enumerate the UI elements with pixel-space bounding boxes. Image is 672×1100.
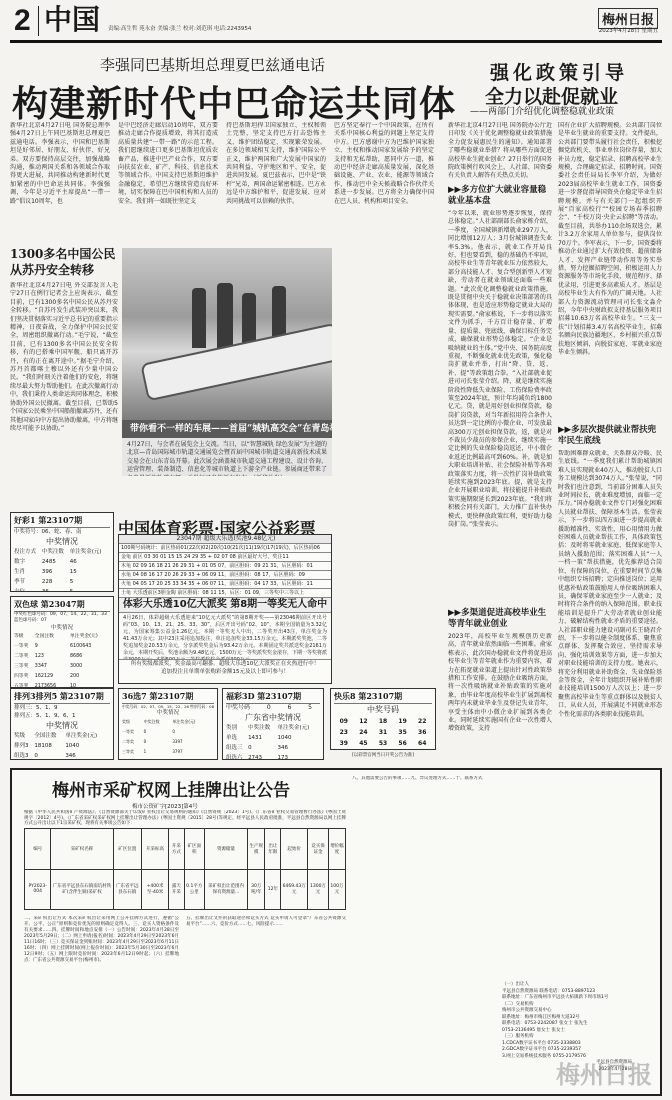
table-row: 组选三0346 [226, 743, 320, 753]
table-row: 二等奖1238686 [14, 652, 110, 662]
notice-text-left: 二、采矿权出让方式 本次采矿权出让采用网上公开挂牌方式进行，遵循“公开、公平、公… [24, 916, 179, 1091]
table-header-row: 编号采矿权名称矿区位置开采标高开采方式矿区面积资源储量生产规模出让年限起始价竞买… [25, 829, 346, 870]
employment-section-3-title: ▶▶多层次提供就业帮扶兜牢民生底线 [558, 425, 662, 447]
employment-title-1: 强化政策引导 [490, 58, 628, 85]
daletou-promo-title: 体彩大乐透10亿大派奖 第8期一等奖无人命中 [119, 598, 331, 613]
mining-rights-notice: 梅州市采矿权网上挂牌出让公告 梅市公资矿字[2023]第4号 根据《中华人民共和… [10, 768, 662, 1096]
header-rule [10, 40, 662, 43]
table-row: 三等奖13797 [122, 747, 214, 757]
daletou-row: 水龟 04 08 16 17 20 26 29 33 + 06 09 11，前区… [119, 571, 331, 580]
draw-number: 6 [288, 704, 292, 712]
employment-body-3: 国有企业扩大招聘规模。公共部门岗位是毕业生就业的重要支持。文件提出，公共部门要带… [558, 122, 662, 422]
fucai3d-title: 福彩3D 第23107期 [226, 691, 320, 704]
section-title: 中国 [44, 4, 100, 36]
sudan-headline-2: 从苏丹安全转移 [10, 262, 118, 278]
kuaile8-numbers: 0912181922 2324313536 3945535664 6574757… [334, 718, 432, 750]
c36x7-subtitle: 中奖情况 [122, 709, 214, 717]
page-number: 2 [14, 6, 31, 36]
news-photo-rail-expo [122, 248, 332, 420]
table-row: 排列3181081040 [14, 741, 110, 751]
issue-date: 2023年4月28日 星期五 [599, 26, 658, 34]
daletou-footer: 所有奖级都派奖，奖金最高可翻番。超级大乐透10亿大派奖正在火热进行中！ 追加投注… [119, 659, 331, 676]
pailie-table: 奖级全国注数单注奖金(元) 排列3181081040 组选30346 组选638… [14, 731, 110, 760]
daletou-footer-line: 追加投注且单期单张购彩金额15元及以上即可参与！ [119, 668, 331, 676]
notice-title: 梅州市采矿权网上挂牌出让公告 [52, 776, 290, 801]
notice-text-mid: 五、挂牌出让文件的获取途径和竞买方式 竞买申请人可登录“广东省公共资源交易平台”… [186, 916, 346, 1091]
lottery-shuangseqiu: 双色球 第23047期 中奖红色球号码：09、07、14、22、31、33 蓝色… [10, 596, 114, 688]
lottery-pailie: 排列3排列5 第23107期 排列三：5、1、9 排列五：5、1、9、6、1 中… [10, 688, 114, 760]
c36x7-title: 36选7 第23107期 [122, 691, 214, 704]
ssq-subtitle: 中奖情况 [14, 624, 110, 632]
table-row: 数字248546 [14, 557, 110, 567]
fucai3d-table: 类别中奖注数单注奖金(元) 单选14311040 组选三0346 组选六2743… [226, 723, 320, 760]
lead-column-4: 巴方坚定奉行一个中国政策，在所有关系中国核心利益的问题上坚定支持中方。巴方感谢中… [334, 122, 434, 230]
daletou-footer-line: 所有奖级都派奖，奖金最高可翻番。超级大乐透10亿大派奖正在火热进行中！ [119, 660, 331, 668]
fucai3d-subtitle: 广东省中奖情况 [226, 712, 320, 723]
header-cell: 中奖注数 [42, 547, 70, 557]
table-row: 三等奖33473000 [14, 662, 110, 672]
sudan-body: 新华社北京4月27日电 外交部发言人毛宁27日在例行记者会上应询表示，截至目前，… [10, 282, 118, 482]
ssq-table: 等级全国注数单注奖金(元) 一等奖96100643 二等奖1238686 三等奖… [14, 632, 110, 688]
pailie-p3: 排列三：5、1、9 [14, 704, 110, 712]
photo-figure [192, 288, 206, 348]
header-divider [38, 6, 39, 36]
watermark-logo: 梅州日报 [556, 1055, 652, 1090]
draw-number: 0 [267, 704, 271, 712]
employment-section-1-title: ▶▶多方位扩大就业容量稳就业基本盘 [448, 185, 552, 207]
lead-headline: 构建新时代中巴命运共同体 [12, 76, 456, 127]
haocai1-title: 好彩1 第23107期 [14, 515, 110, 528]
pailie-p5: 排列五：5、1、9、6、1 [14, 712, 110, 720]
table-row: 好彩274724 [122, 757, 214, 760]
daletou-row: 木龟 02 09 16 18 21 26 29 31 + 01 05 07，前区… [119, 562, 331, 571]
notice-number: 梅市公资矿字[2023]第4号 [132, 802, 198, 810]
sudan-headline-1: 1300多名中国公民 [10, 246, 118, 262]
employment-subtitle: ——两部门介绍优化调整稳就业政策 [470, 104, 614, 117]
pailie-subtitle: 中奖情况 [14, 720, 110, 731]
daletou-row: 火龟 04 05 17 20 25 33 34 35 + 06 07 11，前区… [119, 580, 331, 589]
lottery-kuaile8: 快乐8 第23107期 中奖号码 0912181922 2324313536 3… [330, 688, 436, 750]
draw-number: 5 [308, 704, 312, 712]
photo-train-model [140, 323, 332, 402]
table-row: 组选六2743173 [226, 753, 320, 760]
lottery-fucai3d: 福彩3D 第23107期 中奖号码 0 6 5 广东省中奖情况 类别中奖注数单注… [222, 688, 324, 760]
haocai1-winning: 中奖符号：06、蛇、春、南 [14, 528, 110, 536]
c36x7-table: 奖级中奖注数单注奖金(元) 一等奖00 二等奖03397 三等奖13797 好彩… [122, 717, 214, 760]
table-row: 生肖39615 [14, 567, 110, 577]
haocai1-table: 投注方式中奖注数单注奖金(元) 数字248546 生肖39615 季节2285 … [14, 547, 110, 592]
pailie-title: 排列3排列5 第23107期 [14, 691, 110, 704]
table-row: 单选14311040 [226, 733, 320, 743]
lead-column-3: 持巴基斯坦捍卫国家独立、主权和领土完整，坚定支持巴方打击恐怖主义、维护团结稳定、… [226, 122, 326, 230]
lottery-36x7: 36选7 第23107期 中奖号码：02、07、05、15、22、26 特别号码… [118, 688, 218, 760]
kuaile8-title: 快乐8 第23107期 [334, 691, 432, 704]
photo-caption-text: 4月27日，与会者在展览会上交流。当日，以“智慧城轨 绿色发展”为主题的北京—青… [122, 438, 332, 476]
employment-section-2-title: ▶▶多渠道促进高校毕业生等青年就业创业 [448, 608, 552, 630]
daletou-row: 100期号码统计：前区热码01(22次)02(20次)10(21次)11(19次… [119, 544, 331, 553]
photo-caption-title: 带你看不一样的车展——首届“城轨高交会”在青岛举行 [122, 420, 332, 438]
table-row: 方位365 [14, 587, 110, 592]
sudan-story: 1300多名中国公民 从苏丹安全转移 新华社北京4月27日电 外交部发言人毛宁2… [10, 246, 118, 482]
daletou-row: 金龟 前区 03 30 01 15 15 24 29 35 + 02 07 08… [119, 553, 331, 562]
employment-column-1: 新华社北京4月27日电 国务院办公厅近日印发《关于优化调整稳就业政策措施全力促发… [448, 122, 552, 762]
table-row: 一等奖96100643 [14, 642, 110, 652]
lottery-haocai1: 好彩1 第23107期 中奖符号：06、蛇、春、南 中奖情况 投注方式中奖注数单… [10, 512, 114, 592]
daletou-row: 土龟 大乐透前区3胆金陶 前区胆码：08 11 15，后区：01 09，三等奖中… [119, 589, 331, 598]
daletou-promo-body: 4月26日，体彩超级大乐透迎来“10亿元大派奖”的第8期开奖——第23046期前… [119, 613, 331, 659]
haocai1-subtitle: 中奖情况 [14, 536, 110, 547]
daletou-draw-header: 23047期 超级大乐透(奖池9.48亿元) [119, 535, 331, 544]
table-row: 四等奖162129200 [14, 672, 110, 682]
employment-body-4: 帮助困难群众就业，关系群众冷暖、民生底线。“一季度我们累计帮助城镇困难人员实现就… [558, 450, 662, 760]
notice-intro: 根据《中华人民共和国矿产资源法》、《自然资源部关于印发矿业权出让交易规则的通知》… [24, 810, 346, 826]
notice-table: 编号采矿权名称矿区位置开采标高开采方式矿区面积资源储量生产规模出让年限起始价竞买… [24, 828, 346, 910]
header-cell: 投注方式 [14, 547, 42, 557]
photo-figure [217, 283, 233, 353]
ssq-title: 双色球 第23047期 [14, 599, 110, 612]
daletou-panel: 23047期 超级大乐透(奖池9.48亿元) 100期号码统计：前区热码01(2… [118, 534, 332, 684]
table-row: PY2023-004广东省平远县东石镇南坑村铁矿(含伴生铜)采矿权广东省平远县东… [25, 869, 346, 910]
kuaile8-subtitle: 中奖号码 [334, 704, 432, 715]
lead-kicker: 李强同巴基斯坦总理夏巴兹通电话 [100, 54, 325, 75]
table-row: 一等奖00 [122, 727, 214, 737]
staff-credits: 责编:高生哲 苑永奋 美编:张兰 校对:刘范琪 电话:2243954 [108, 24, 251, 32]
table-row: 组选30346 [14, 751, 110, 760]
employment-intro: 新华社北京4月27日电 国务院办公厅近日印发《关于优化调整稳就业政策措施全力促发… [448, 122, 552, 182]
lead-column-1: 新华社北京4月27日电 国务院总理李强4月27日上午同巴基斯坦总理夏巴兹通电话。… [10, 122, 110, 230]
fucai3d-numbers-row: 中奖号码 0 6 5 [226, 704, 320, 712]
table-row: 季节2285 [14, 577, 110, 587]
table-row: 二等奖03397 [122, 737, 214, 747]
lead-column-2: 是中巴经济走廊启动10周年，双方要推动走廊合作提质增效，将其打造成高质量共建“一… [118, 122, 218, 230]
employment-body-1: “今年以来，就业形势逐步恢复，保持总体稳定。”人社部副部长俞家栋介绍，一季度，全… [448, 210, 552, 605]
employment-body-2: 2023年，高校毕业生规模创历史新高，青年就业依然面临一些困难。俞家栋表示，此次… [448, 633, 552, 762]
notice-text-right: 八、其他需要公告的事项……九、异议处理方式……十、联系方式 [352, 776, 652, 981]
header-cell: 单注奖金(元) [70, 547, 110, 557]
employment-column-2: 国有企业扩大招聘规模。公共部门岗位是毕业生就业的重要支持。文件提出，公共部门要带… [558, 122, 662, 762]
kuaile8-footer: [以彩票官网当日开奖公告为准] [330, 752, 436, 758]
